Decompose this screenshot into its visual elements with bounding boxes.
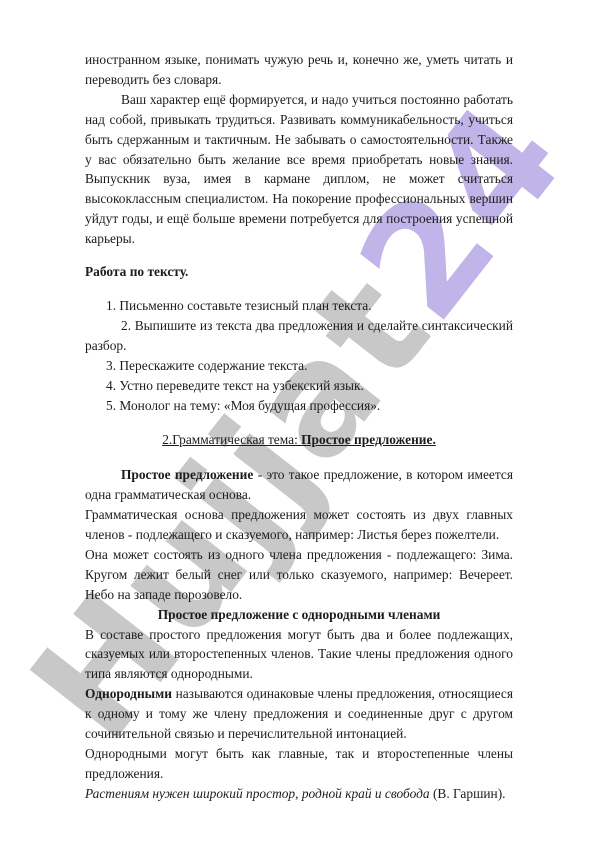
- example-quote-author: (В. Гаршин).: [430, 786, 506, 801]
- example-quote-italic: Растениям нужен широкий простор, родной …: [85, 786, 430, 801]
- paragraph-one-member: Она может состоять из одного члена предл…: [85, 545, 513, 605]
- task-item-2: 2. Выпишите из текста два предложения и …: [85, 316, 513, 356]
- document-page: Hujjat24 иностранном языке, понимать чуж…: [0, 0, 596, 842]
- work-on-text-heading: Работа по тексту.: [85, 262, 513, 282]
- task-item-1: 1. Письменно составьте тезисный план тек…: [85, 296, 513, 316]
- simple-sentence-term: Простое предложение: [121, 467, 253, 482]
- paragraph-grammar-base: Грамматическая основа предложения может …: [85, 505, 513, 545]
- homogeneous-term: Однородными: [85, 686, 172, 701]
- paragraph-simple-sentence-def: Простое предложение - это такое предложе…: [85, 465, 513, 505]
- task-item-4: 4. Устно переведите текст на узбекский я…: [85, 376, 513, 396]
- paragraph-example-quote: Растениям нужен широкий простор, родной …: [85, 784, 513, 804]
- paragraph-homogeneous-note: Однородными могут быть как главные, так …: [85, 744, 513, 784]
- paragraph-continuation: иностранном языке, понимать чужую речь и…: [85, 50, 513, 90]
- paragraph-character: Ваш характер ещё формируется, и надо учи…: [85, 90, 513, 249]
- paragraph-homogeneous-intro: В составе простого предложения могут быт…: [85, 625, 513, 685]
- homogeneous-members-heading: Простое предложение с однородными членам…: [85, 605, 513, 625]
- paragraph-homogeneous-def: Однородными называются одинаковые члены …: [85, 684, 513, 744]
- document-content: иностранном языке, понимать чужую речь и…: [85, 50, 513, 804]
- task-item-3: 3. Перескажите содержание текста.: [85, 356, 513, 376]
- grammar-topic-title: Простое предложение.: [301, 432, 436, 447]
- task-item-5: 5. Монолог на тему: «Моя будущая професс…: [85, 396, 513, 416]
- grammar-topic-prefix: 2.Грамматическая тема:: [162, 432, 301, 447]
- grammar-topic-heading: 2.Грамматическая тема: Простое предложен…: [85, 430, 513, 450]
